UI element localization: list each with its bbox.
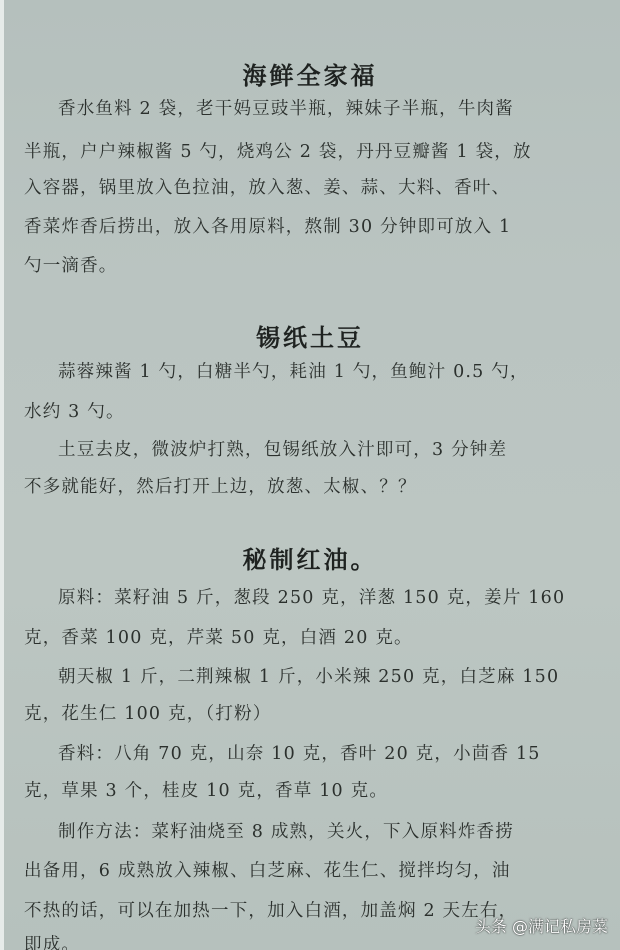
recipe-line: 出备用，6 成熟放入辣椒、白芝麻、花生仁、搅拌均匀，油 <box>24 857 604 882</box>
recipe-line: 克，香菜 100 克，芹菜 50 克，白酒 20 克。 <box>24 624 604 649</box>
recipe-line: 不多就能好，然后打开上边，放葱、太椒、？？ <box>24 473 604 498</box>
recipe-line: 土豆去皮，微波炉打熟，包锡纸放入汁即可，3 分钟差 <box>58 436 604 461</box>
recipe-line: 水约 3 勺。 <box>24 398 604 423</box>
recipe-line: 香菜炸香后捞出，放入各用原料，熬制 30 分钟即可放入 1 <box>24 213 604 238</box>
recipe-page: 海鲜全家福 香水鱼料 2 袋，老干妈豆豉半瓶，辣妹子半瓶，牛肉酱 半瓶，户户辣椒… <box>0 0 620 950</box>
recipe-line: 半瓶，户户辣椒酱 5 勺，烧鸡公 2 袋，丹丹豆瓣酱 1 袋，放 <box>24 138 604 163</box>
recipe-line: 香水鱼料 2 袋，老干妈豆豉半瓶，辣妹子半瓶，牛肉酱 <box>58 95 604 120</box>
recipe-line: 原料：菜籽油 5 斤，葱段 250 克，洋葱 150 克，姜片 160 <box>58 584 604 609</box>
watermark: 头条 @满记私房菜 <box>475 914 608 937</box>
recipe-line: 勺一滴香。 <box>24 252 604 277</box>
recipe-line: 克，花生仁 100 克，（打粉） <box>24 700 604 725</box>
recipe-line: 制作方法：菜籽油烧至 8 成熟，关火，下入原料炸香捞 <box>58 818 604 843</box>
recipe-line: 入容器，锅里放入色拉油，放入葱、姜、蒜、大料、香叶、 <box>24 174 604 199</box>
recipe-line: 蒜蓉辣酱 1 勺，白糖半勺，耗油 1 勺，鱼鲍汁 0.5 勺， <box>58 358 604 383</box>
recipe-title-seafood: 海鲜全家福 <box>0 56 620 91</box>
recipe-title-foil-potato: 锡纸土豆 <box>0 318 620 353</box>
recipe-line: 克，草果 3 个，桂皮 10 克，香草 10 克。 <box>24 777 604 802</box>
recipe-line: 朝天椒 1 斤，二荆辣椒 1 斤，小米辣 250 克，白芝麻 150 <box>58 663 604 688</box>
recipe-line: 香料：八角 70 克，山奈 10 克，香叶 20 克，小茴香 15 <box>58 740 604 765</box>
recipe-title-chili-oil: 秘制红油。 <box>0 540 620 575</box>
